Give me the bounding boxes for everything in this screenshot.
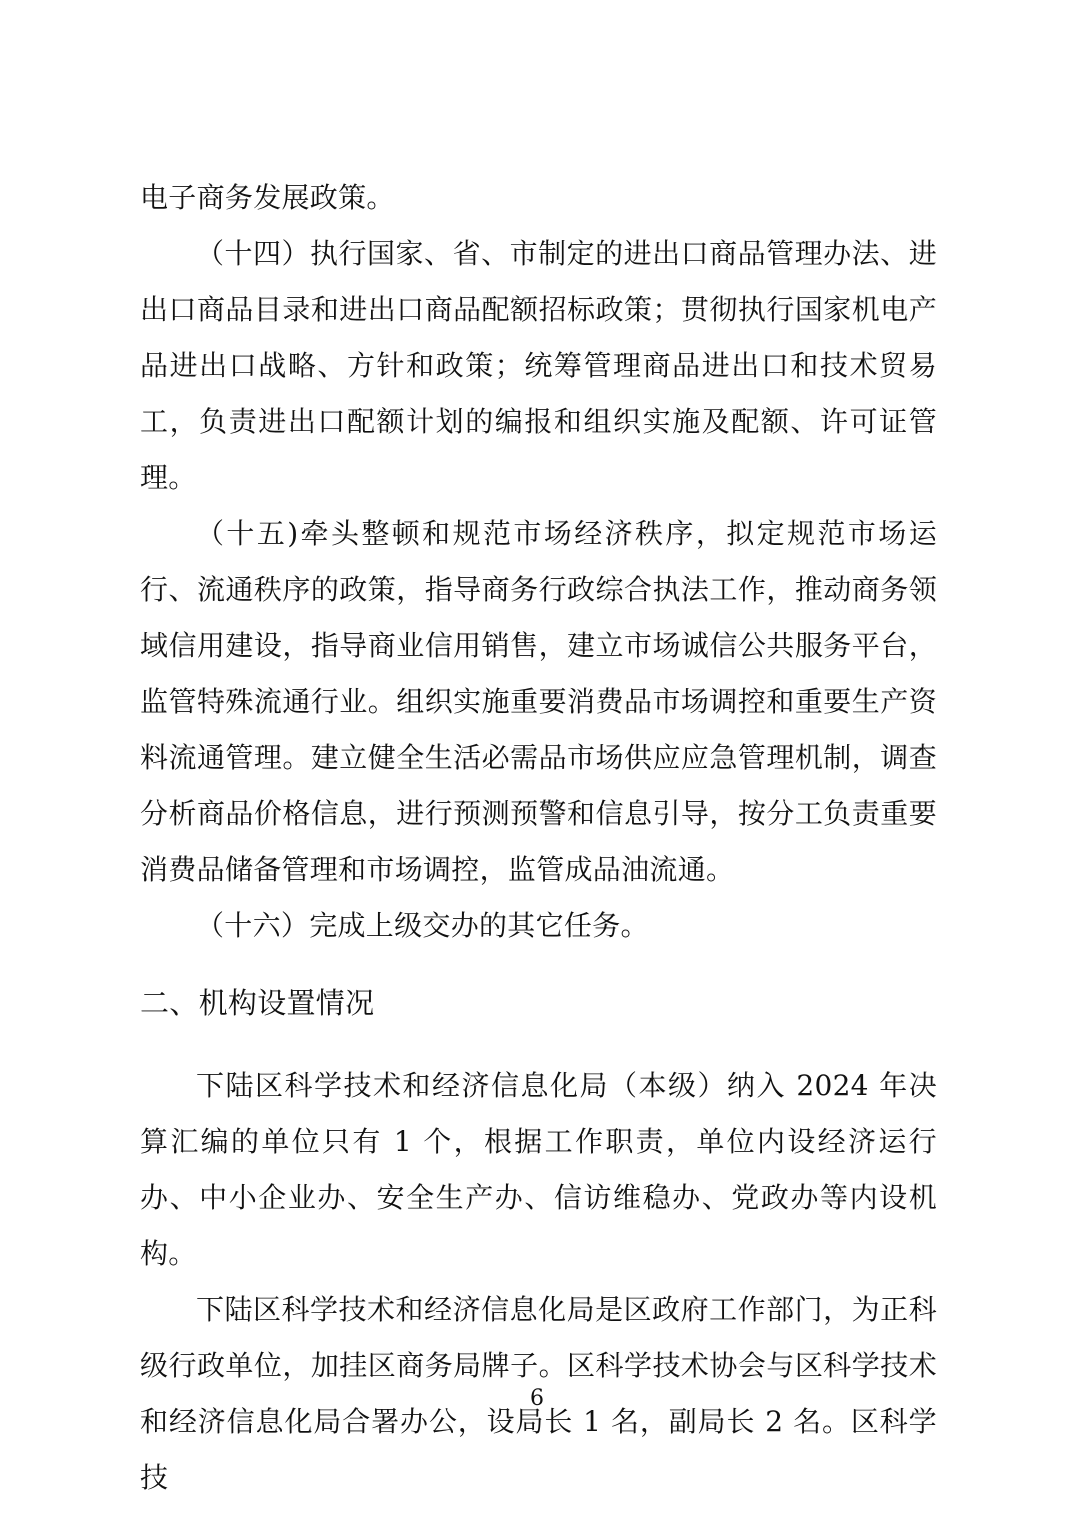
page-number: 6 bbox=[530, 1386, 544, 1411]
section-heading-organization-setup: 二、机构设置情况 bbox=[140, 975, 937, 1031]
page-footer: 6 bbox=[0, 1384, 1074, 1414]
paragraph-organization-1: 下陆区科学技术和经济信息化局（本级）纳入 2024 年决算汇编的单位只有 1 个… bbox=[140, 1058, 937, 1282]
document-page: 电子商务发展政策。 （十四）执行国家、省、市制定的进出口商品管理办法、进出口商品… bbox=[0, 0, 1074, 1520]
document-body: 电子商务发展政策。 （十四）执行国家、省、市制定的进出口商品管理办法、进出口商品… bbox=[140, 170, 937, 1506]
paragraph-item-15: （十五)牵头整顿和规范市场经济秩序，拟定规范市场运行、流通秩序的政策，指导商务行… bbox=[140, 506, 937, 898]
paragraph-continuation: 电子商务发展政策。 bbox=[140, 170, 937, 226]
paragraph-item-14: （十四）执行国家、省、市制定的进出口商品管理办法、进出口商品目录和进出口商品配额… bbox=[140, 226, 937, 506]
paragraph-item-16: （十六）完成上级交办的其它任务。 bbox=[140, 898, 937, 954]
